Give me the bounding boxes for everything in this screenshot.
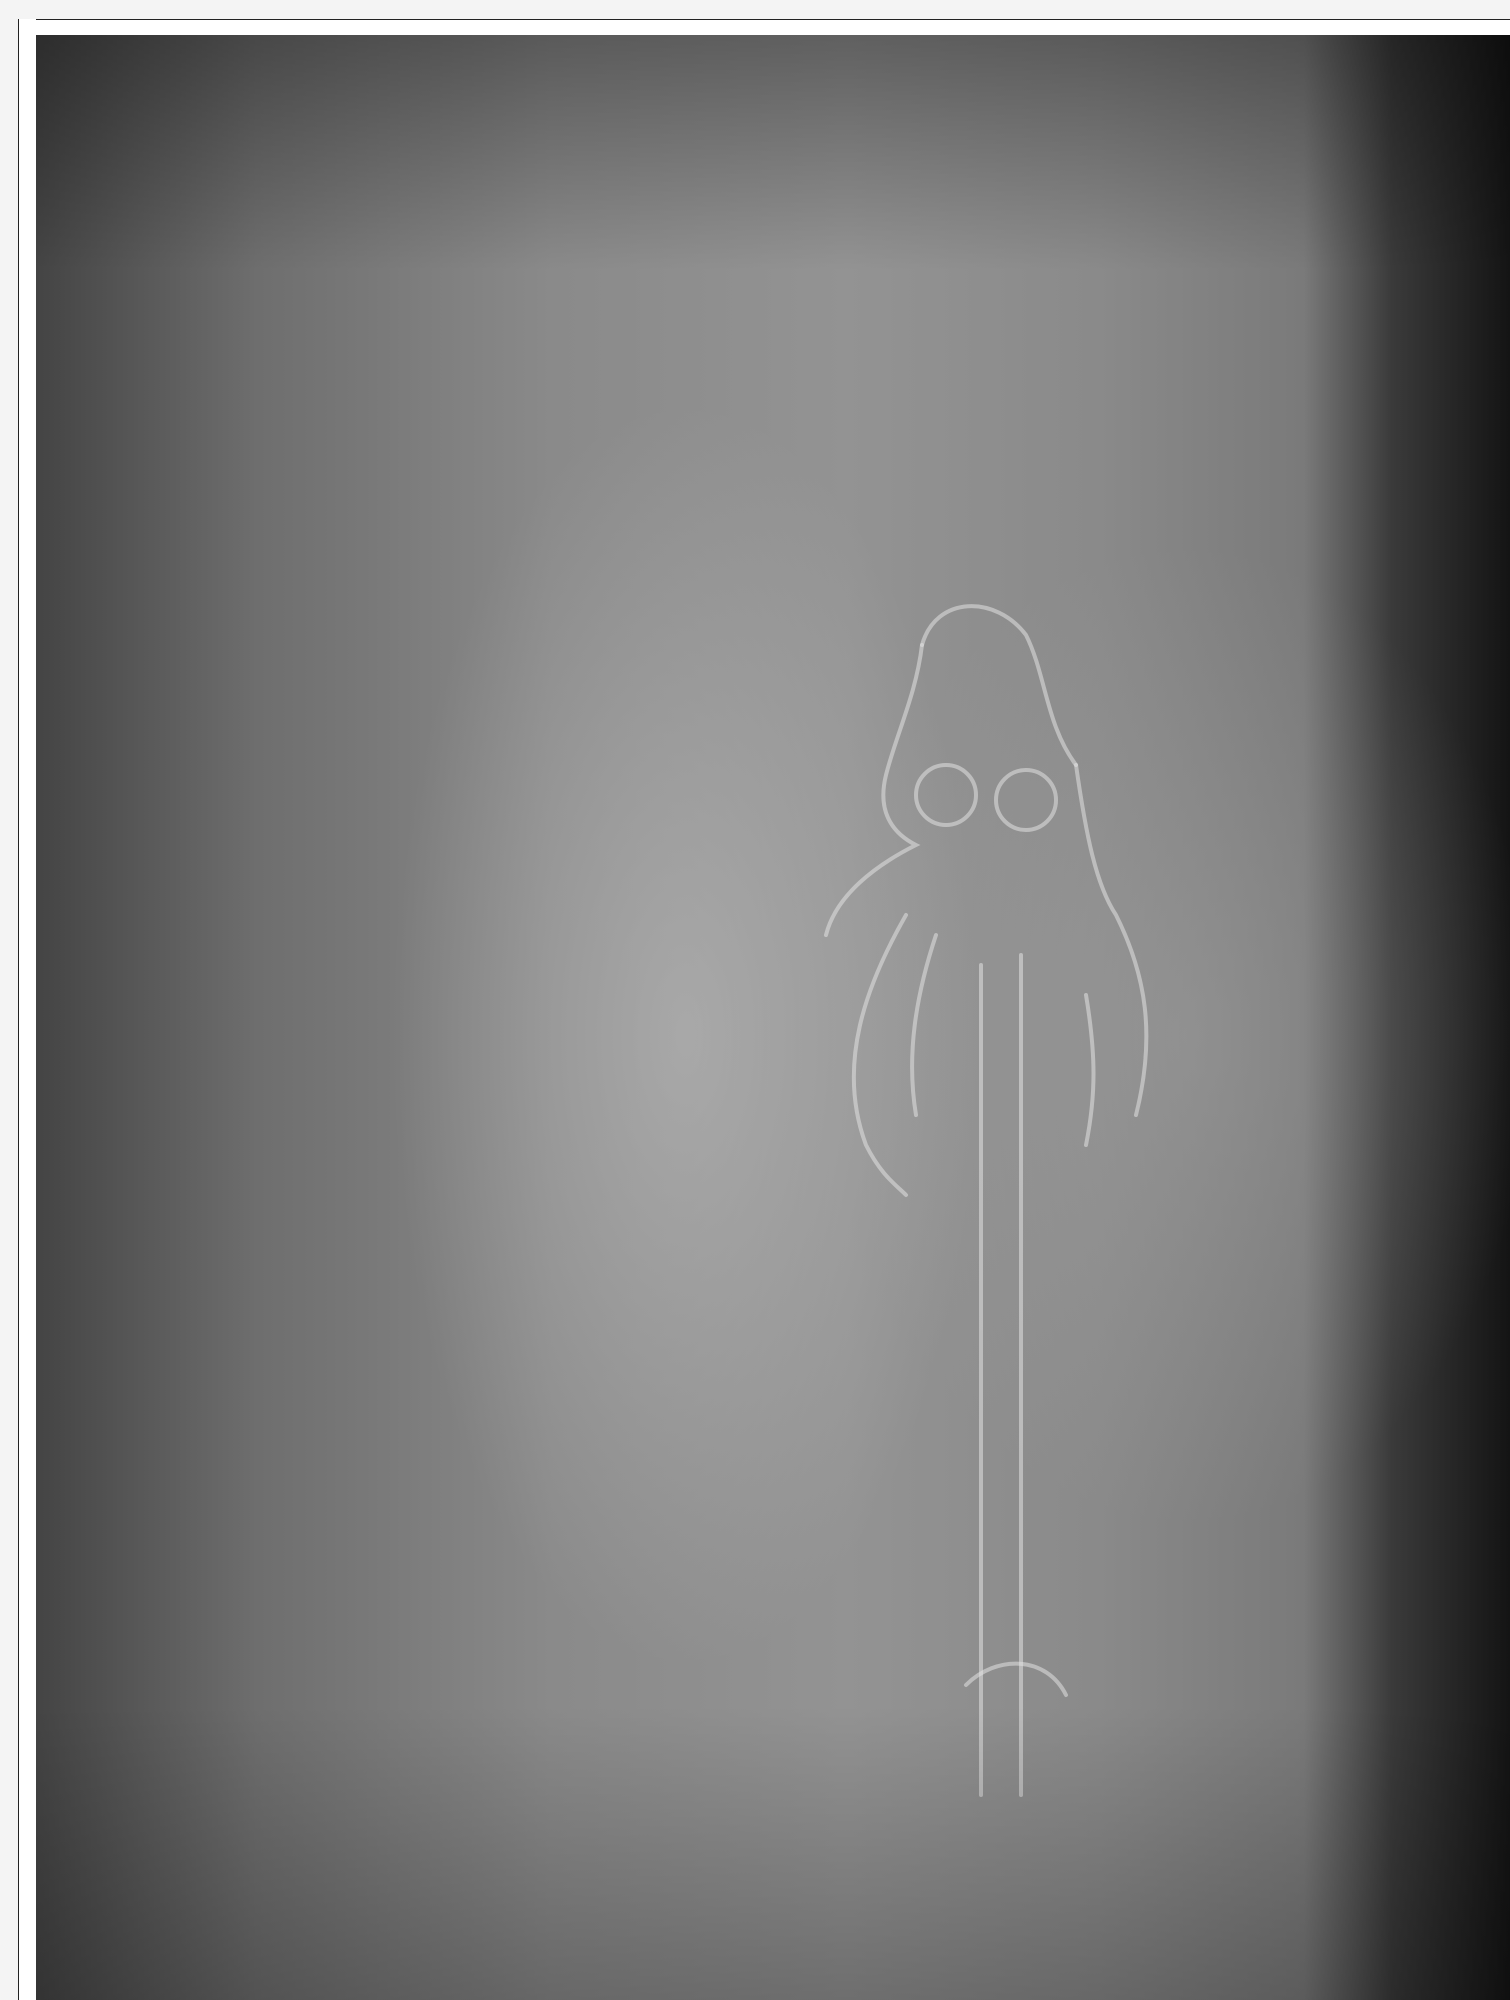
left-ruler [18, 19, 36, 2000]
watermark-figure [36, 35, 1510, 2000]
scanned-page [36, 35, 1510, 2000]
top-ruler [18, 19, 1510, 35]
